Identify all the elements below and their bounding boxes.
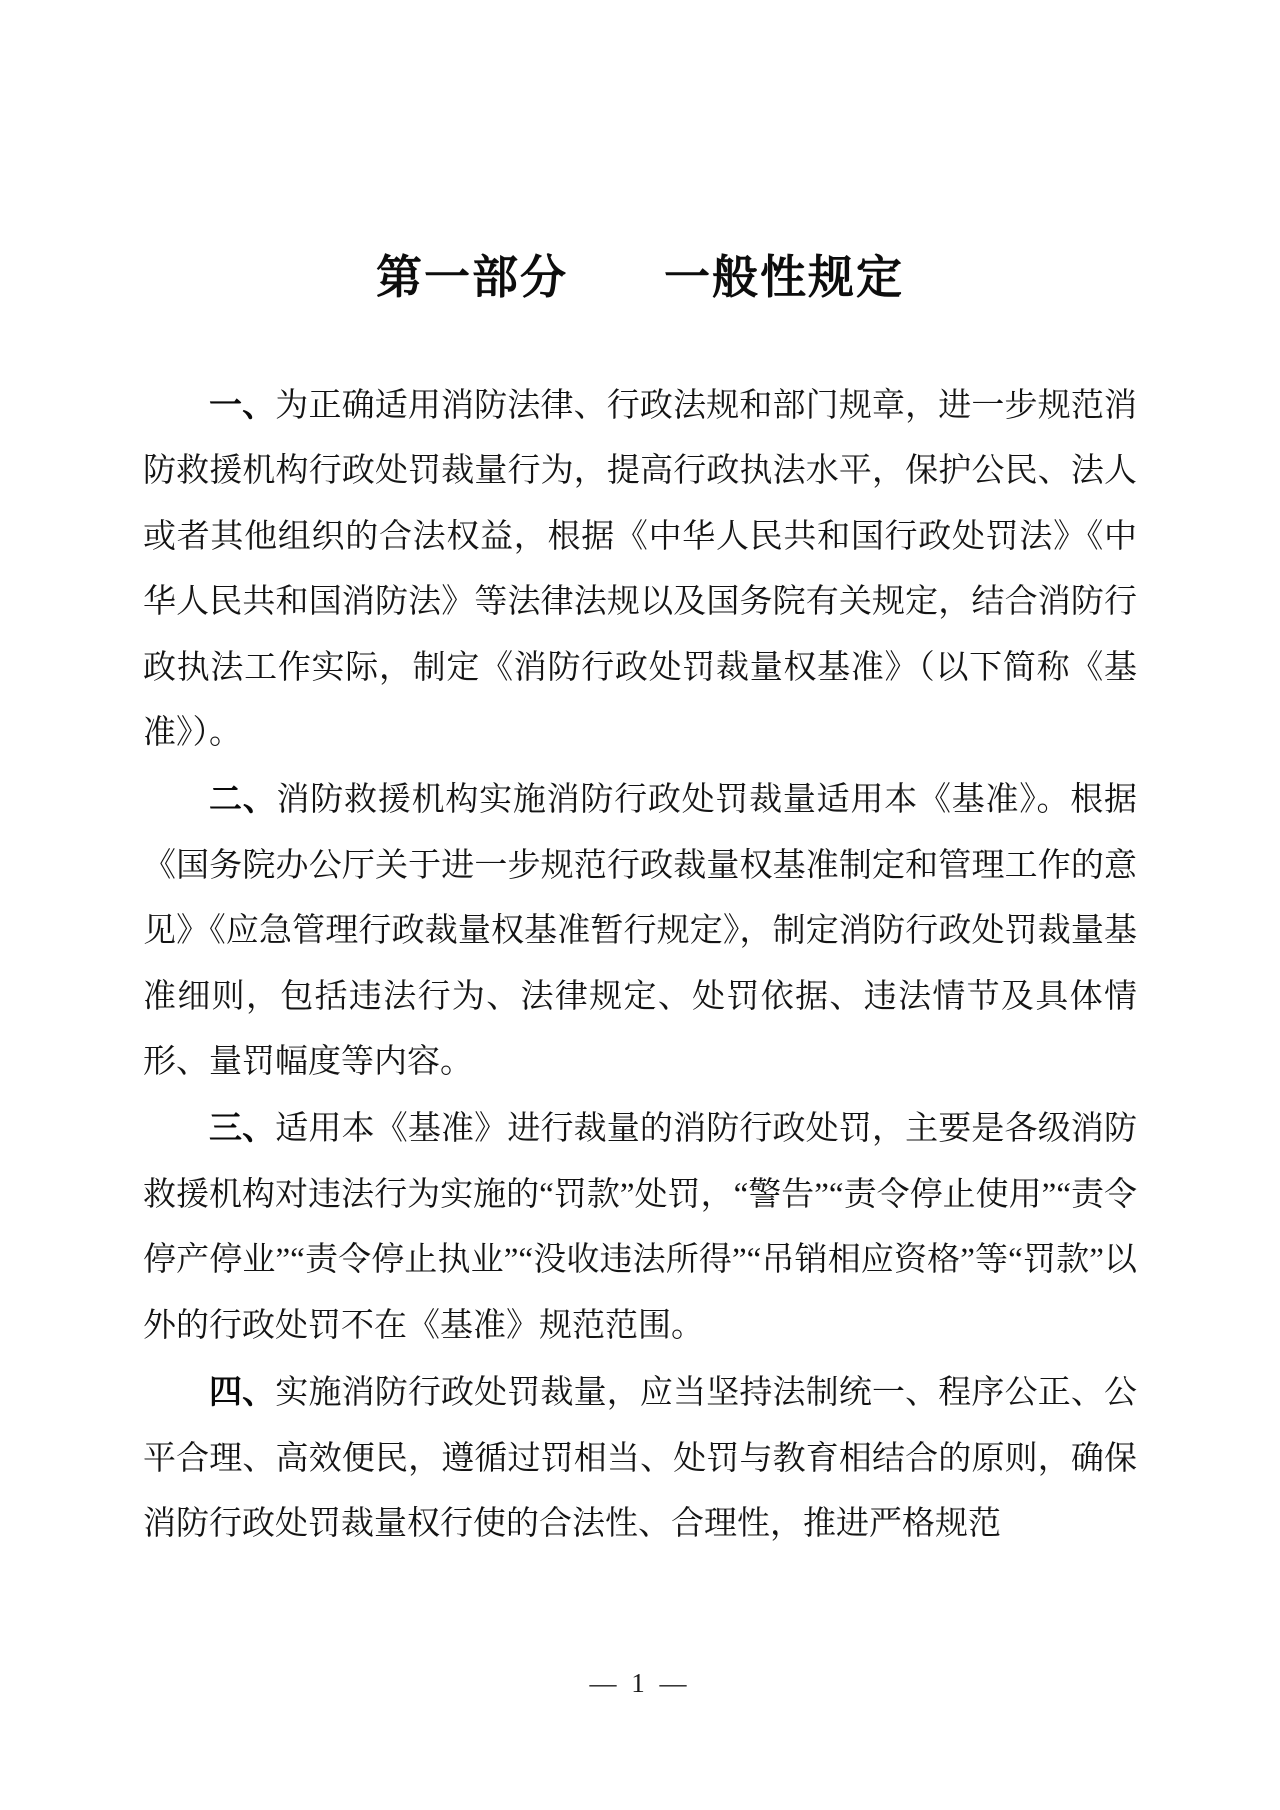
paragraph-1-number: 一、 [209, 386, 275, 423]
paragraph-2-text: 消防救援机构实施消防行政处罚裁量适用本《基准》。根据《国务院办公厅关于进一步规范… [143, 782, 1137, 1080]
paragraph-3-text: 适用本《基准》进行裁量的消防行政处罚，主要是各级消防救援机构对违法行为实施的“罚… [143, 1111, 1137, 1343]
paragraph-2: 二、消防救援机构实施消防行政处罚裁量适用本《基准》。根据《国务院办公厅关于进一步… [143, 766, 1137, 1095]
paragraph-2-number: 二、 [209, 780, 277, 817]
document-body: 一、为正确适用消防法律、行政法规和部门规章，进一步规范消防救援机构行政处罚裁量行… [143, 372, 1137, 1557]
paragraph-4: 四、实施消防行政处罚裁量，应当坚持法制统一、程序公正、公平合理、高效便民，遵循过… [143, 1359, 1137, 1557]
paragraph-1-text: 为正确适用消防法律、行政法规和部门规章，进一步规范消防救援机构行政处罚裁量行为，… [143, 388, 1137, 751]
paragraph-4-text: 实施消防行政处罚裁量，应当坚持法制统一、程序公正、公平合理、高效便民，遵循过罚相… [143, 1375, 1137, 1542]
page-number: — 1 — [0, 1668, 1280, 1699]
paragraph-4-number: 四、 [209, 1373, 275, 1410]
paragraph-3-number: 三、 [209, 1109, 275, 1146]
paragraph-3: 三、适用本《基准》进行裁量的消防行政处罚，主要是各级消防救援机构对违法行为实施的… [143, 1095, 1137, 1359]
page-title: 第一部分 一般性规定 [143, 0, 1137, 304]
paragraph-1: 一、为正确适用消防法律、行政法规和部门规章，进一步规范消防救援机构行政处罚裁量行… [143, 372, 1137, 766]
document-page: 第一部分 一般性规定 一、为正确适用消防法律、行政法规和部门规章，进一步规范消防… [0, 0, 1280, 1810]
